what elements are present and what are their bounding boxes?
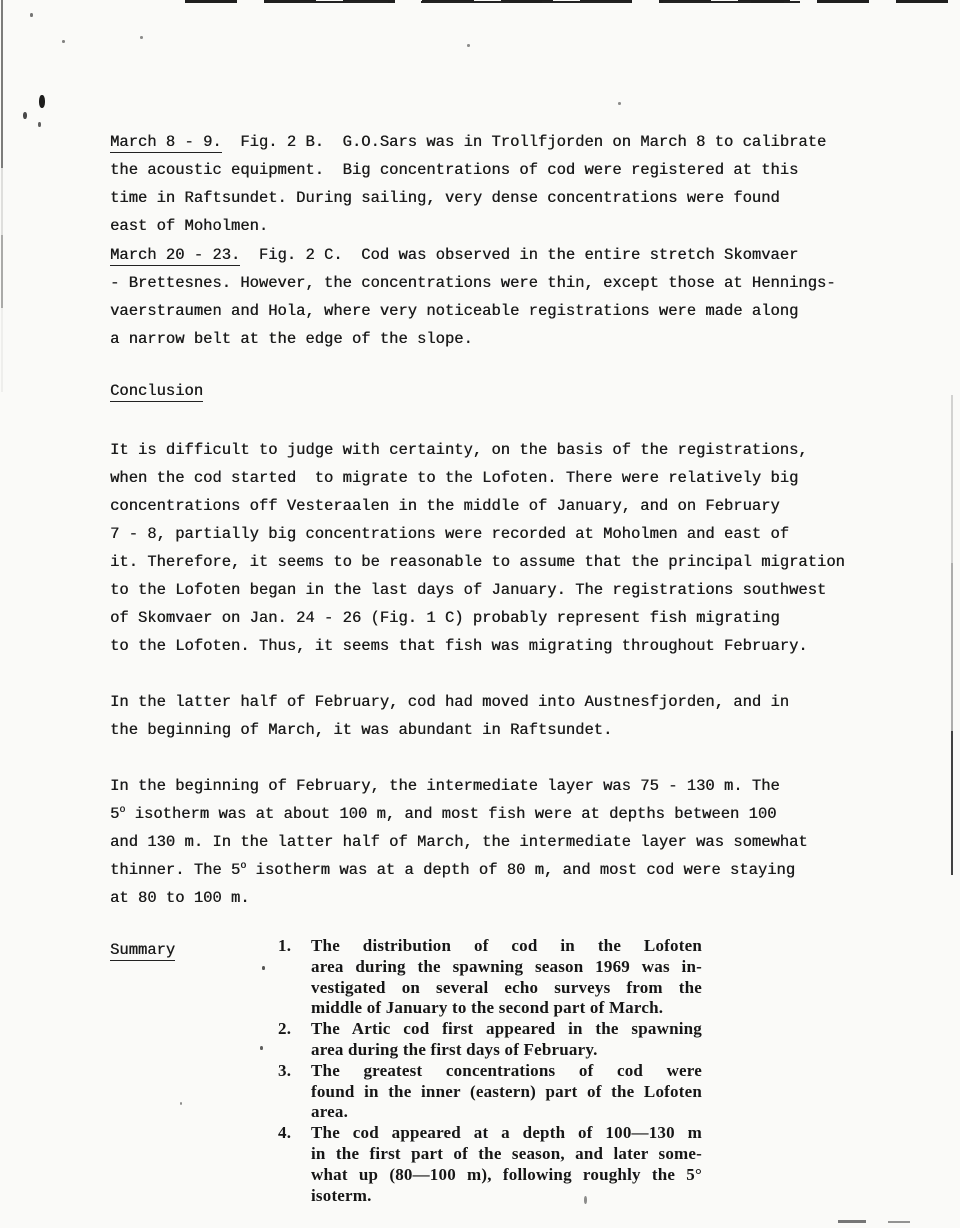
scan-speck <box>62 40 65 43</box>
isotherm-paragraph: In the beginning of February, the interm… <box>110 772 808 912</box>
summary-list: 1. The distribution of cod in the Lofote… <box>278 936 702 1206</box>
text-line: Conclusion <box>110 377 203 405</box>
text-line: The cod appeared at a depth of 100—130 m <box>311 1123 702 1144</box>
summary-item-3: 3. The greatest concentrations of cod we… <box>278 1061 702 1123</box>
text-line: time in Raftsundet. During sailing, very… <box>110 184 826 212</box>
scan-speck <box>180 1102 182 1105</box>
scan-speck <box>838 1220 866 1223</box>
date-range-label: March 8 - 9. <box>110 133 222 153</box>
section-heading: Summary <box>110 941 175 961</box>
text-line: concentrations off Vesteraalen in the mi… <box>110 492 845 520</box>
text-line: Fig. 2 C. Cod was observed in the entire… <box>240 246 798 264</box>
scan-speck <box>618 102 621 105</box>
conclusion-paragraph: It is difficult to judge with certainty,… <box>110 436 845 660</box>
text-line: a narrow belt at the edge of the slope. <box>110 325 836 353</box>
list-number: 2. <box>278 1019 291 1040</box>
text-line: area. <box>311 1102 702 1123</box>
text-line: In the latter half of February, cod had … <box>110 688 789 716</box>
text-line: isotherm was at about 100 m, and most fi… <box>125 805 776 823</box>
text-line: the acoustic equipment. Big concentratio… <box>110 156 826 184</box>
text-line: found in the inner (eastern) part of the… <box>311 1082 702 1103</box>
list-text: The greatest concentrations of cod were … <box>311 1061 702 1123</box>
section-heading: Conclusion <box>110 382 203 402</box>
scan-speck <box>262 966 265 970</box>
date-range-label: March 20 - 23. <box>110 246 240 266</box>
text-line: in the first part of the season, and lat… <box>311 1144 702 1165</box>
text-line: and 130 m. In the latter half of March, … <box>110 828 808 856</box>
scan-right-line <box>951 395 953 875</box>
list-text: The cod appeared at a depth of 100—130 m… <box>311 1123 702 1206</box>
text-line: thinner. The 5o isotherm was at a depth … <box>110 856 808 884</box>
scan-speck <box>38 122 41 127</box>
text-line: thinner. The 5 <box>110 861 240 879</box>
text-line: of Skomvaer on Jan. 24 - 26 (Fig. 1 C) p… <box>110 604 845 632</box>
text-line: isoterm. <box>311 1186 702 1207</box>
scan-speck <box>467 44 470 47</box>
summary-item-2: 2. The Artic cod first appeared in the s… <box>278 1019 702 1061</box>
text-line: Fig. 2 B. G.O.Sars was in Trollfjorden o… <box>222 133 827 151</box>
degree-superscript: o <box>240 861 246 872</box>
list-number: 1. <box>278 936 291 957</box>
february-movement-paragraph: In the latter half of February, cod had … <box>110 688 789 744</box>
summary-item-4: 4. The cod appeared at a depth of 100—13… <box>278 1123 702 1206</box>
text-line: The Artic cod first appeared in the spaw… <box>311 1019 702 1040</box>
paragraph-march-8-9: March 8 - 9. Fig. 2 B. G.O.Sars was in T… <box>110 128 826 240</box>
list-text: The distribution of cod in the Lofoten a… <box>311 936 702 1019</box>
scan-edge-dashes <box>185 0 960 3</box>
scanned-document-page: March 8 - 9. Fig. 2 B. G.O.Sars was in T… <box>0 0 960 1228</box>
list-number: 3. <box>278 1061 291 1082</box>
text-line: when the cod started to migrate to the L… <box>110 464 845 492</box>
scan-speck <box>23 112 27 119</box>
text-line: Summary <box>110 936 175 964</box>
degree-superscript: o <box>119 805 125 816</box>
scan-speck <box>140 36 143 39</box>
text-line: what up (80—100 m), following roughly th… <box>311 1165 702 1186</box>
text-line: March 8 - 9. Fig. 2 B. G.O.Sars was in T… <box>110 128 826 156</box>
summary-item-1: 1. The distribution of cod in the Lofote… <box>278 936 702 1019</box>
text-line: - Brettesnes. However, the concentration… <box>110 269 836 297</box>
scan-speck <box>30 13 33 17</box>
text-line: 5o isotherm was at about 100 m, and most… <box>110 800 808 828</box>
text-line: the beginning of March, it was abundant … <box>110 716 789 744</box>
text-line: It is difficult to judge with certainty,… <box>110 436 845 464</box>
text-line: vestigated on several echo surveys from … <box>311 978 702 999</box>
scan-edge-dashes <box>300 1 800 3</box>
text-line: middle of January to the second part of … <box>311 998 702 1019</box>
text-line: at 80 to 100 m. <box>110 884 808 912</box>
scan-speck <box>260 1046 263 1050</box>
text-line: to the Lofoten. Thus, it seems that fish… <box>110 632 845 660</box>
text-line: The distribution of cod in the Lofoten <box>311 936 702 957</box>
text-line: area during the spawning season 1969 was… <box>311 957 702 978</box>
text-line: March 20 - 23. Fig. 2 C. Cod was observe… <box>110 241 836 269</box>
text-line: isotherm was at a depth of 80 m, and mos… <box>246 861 795 879</box>
summary-heading: Summary <box>110 936 175 964</box>
text-line: The greatest concentrations of cod were <box>311 1061 702 1082</box>
text-line: east of Moholmen. <box>110 212 826 240</box>
conclusion-heading: Conclusion <box>110 377 203 405</box>
text-line: vaerstraumen and Hola, where very notice… <box>110 297 836 325</box>
scan-speck <box>888 1221 910 1223</box>
list-text: The Artic cod first appeared in the spaw… <box>311 1019 702 1061</box>
scan-left-line <box>1 0 3 560</box>
text-line: In the beginning of February, the interm… <box>110 772 808 800</box>
text-line: to the Lofoten began in the last days of… <box>110 576 845 604</box>
text-line: area during the first days of February. <box>311 1040 702 1061</box>
list-number: 4. <box>278 1123 291 1144</box>
text-line: 5 <box>110 805 119 823</box>
text-line: it. Therefore, it seems to be reasonable… <box>110 548 845 576</box>
text-line: 7 - 8, partially big concentrations were… <box>110 520 845 548</box>
scan-speck <box>39 95 45 108</box>
paragraph-march-20-23: March 20 - 23. Fig. 2 C. Cod was observe… <box>110 241 836 353</box>
